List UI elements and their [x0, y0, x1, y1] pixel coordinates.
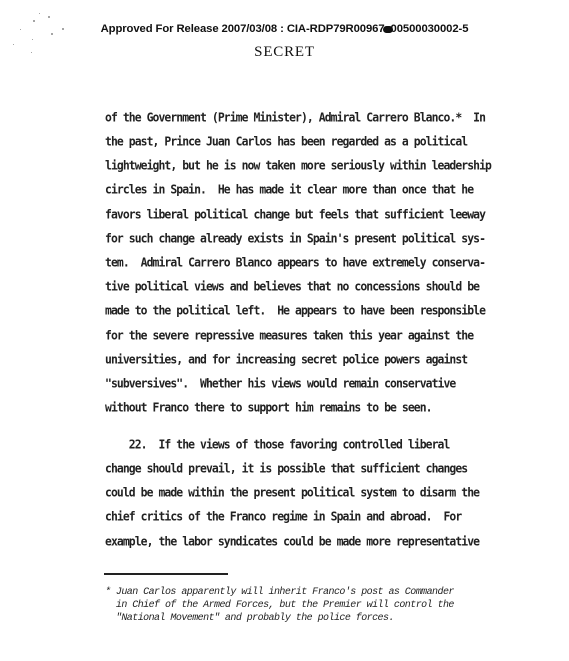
- text-line: example, the labor syndicates could be m…: [105, 534, 479, 549]
- release-stamp: Approved For Release 2007/03/08 : CIA-RD…: [0, 23, 569, 35]
- text-line: for the severe repressive measures taken…: [105, 328, 473, 343]
- footnote-line: * Juan Carlos apparently will inherit Fr…: [105, 587, 454, 598]
- text-line: favors liberal political change but feel…: [105, 207, 485, 222]
- text-line: made to the political left. He appears t…: [105, 303, 485, 318]
- text-line: of the Government (Prime Minister), Admi…: [105, 110, 485, 125]
- footnote-line: in Chief of the Armed Forces, but the Pr…: [105, 600, 454, 611]
- footnote-separator: [104, 573, 228, 575]
- text-line: could be made within the present politic…: [105, 485, 479, 500]
- text-line: tive political views and believes that n…: [105, 279, 479, 294]
- text-line: without Franco there to support him rema…: [105, 400, 432, 415]
- text-line: "subversives". Whether his views would r…: [105, 376, 455, 391]
- text-line: chief critics of the Franco regime in Sp…: [105, 509, 461, 524]
- text-line: 22. If the views of those favoring contr…: [105, 437, 449, 452]
- footnote-line: "National Movement" and probably the pol…: [105, 613, 394, 624]
- text-line: the past, Prince Juan Carlos has been re…: [105, 134, 467, 149]
- text-line: circles in Spain. He has made it clear m…: [105, 182, 473, 197]
- release-stamp-suffix: 00500030002-5: [391, 23, 469, 35]
- text-line: for such change already exists in Spain'…: [105, 231, 485, 246]
- classification-marking: SECRET: [0, 44, 569, 61]
- release-stamp-prefix: Approved For Release 2007/03/08 : CIA-RD…: [101, 23, 385, 35]
- text-line: lightweight, but he is now taken more se…: [105, 158, 491, 173]
- text-line: change should prevail, it is possible th…: [105, 461, 467, 476]
- text-line: tem. Admiral Carrero Blanco appears to h…: [105, 255, 485, 270]
- text-line: universities, and for increasing secret …: [105, 352, 467, 367]
